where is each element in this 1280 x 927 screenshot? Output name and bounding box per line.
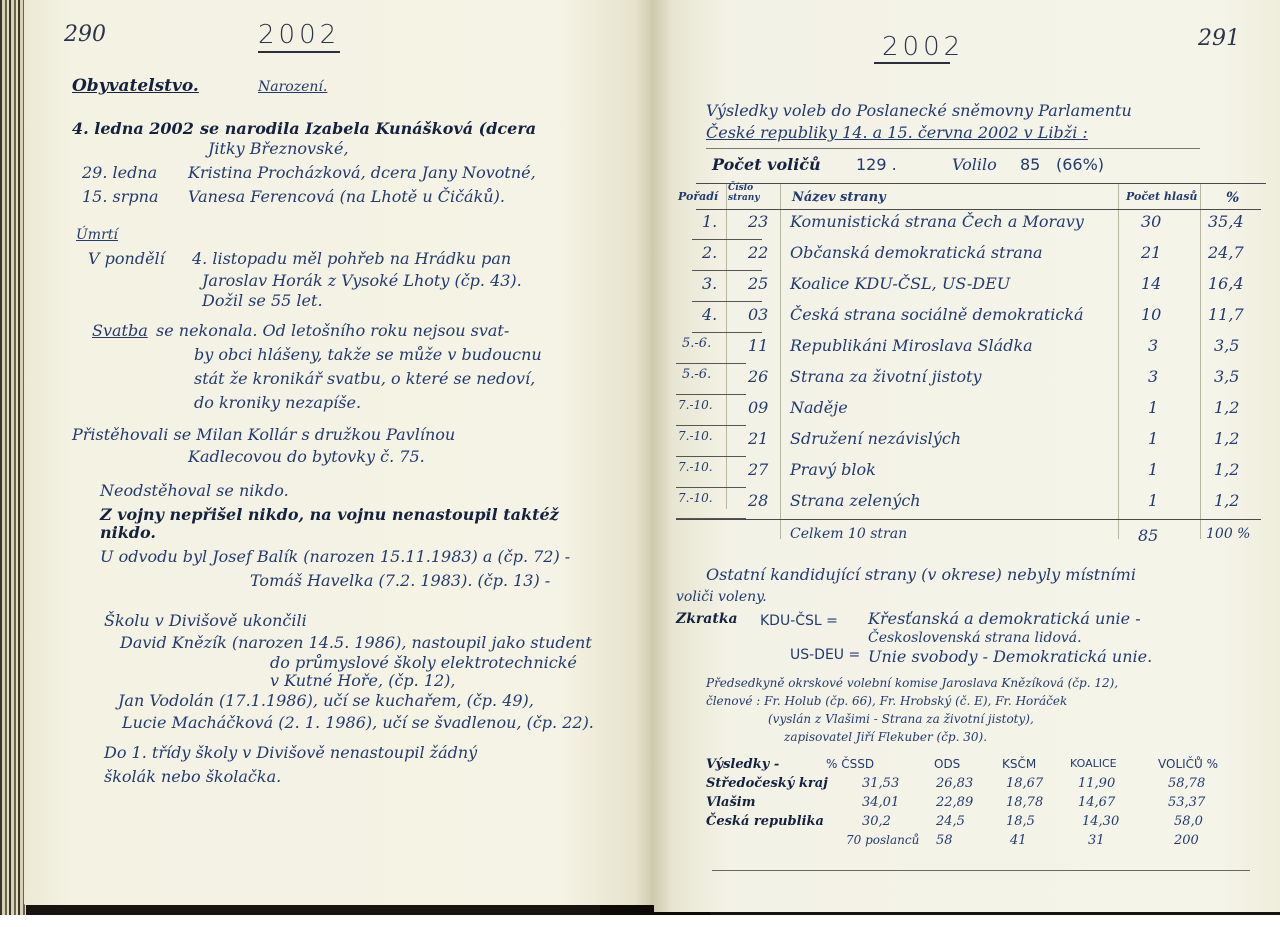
table-header-row: Pořadí Číslo strany Název strany Počet h…: [676, 183, 1261, 209]
rank: 4.: [702, 305, 717, 324]
value: 14,30: [1082, 814, 1119, 829]
draft-line-2: Tomáš Havelka (7.2. 1983). (čp. 13) -: [250, 570, 550, 592]
value: 26,83: [936, 776, 973, 791]
births-heading: Narození.: [258, 76, 327, 98]
regional-results-summary: Výsledky - % ČSSD ODS KSČM KOALICE VOLIČ…: [706, 757, 1226, 852]
moved-in-line-2: Kadlecovou do bytovky č. 75.: [188, 446, 425, 468]
bottom-rule: [712, 870, 1250, 871]
death-lead: V pondělí: [88, 248, 165, 270]
value: 18,78: [1006, 795, 1043, 810]
wedding-line-2: by obci hlášeny, takže se může v budoucn…: [194, 344, 542, 366]
book-page-edges: [0, 0, 26, 915]
header-votes: Počet hlasů: [1126, 190, 1197, 203]
percent: 16,4: [1208, 274, 1244, 293]
party-name: Strana za životní jistoty: [790, 367, 982, 386]
summary-seats-row: 70 poslanců 58 41 31 200: [706, 833, 1226, 852]
seats-value: 200: [1174, 833, 1199, 848]
total-votes: 85: [1138, 526, 1158, 545]
party-number: 11: [748, 336, 768, 355]
party-number: 27: [748, 460, 768, 479]
party-number: 21: [748, 429, 768, 448]
col-ods: ODS: [934, 757, 960, 771]
col-koalice: KOALICE: [1070, 757, 1117, 770]
birth-entry-2-date: 29. ledna: [82, 162, 157, 184]
total-label: Celkem 10 stran: [790, 526, 907, 542]
votes: 21: [1141, 243, 1161, 262]
graduate-line-5: Lucie Macháčková (2. 1. 1986), učí se šv…: [122, 712, 594, 734]
header-percent: %: [1226, 190, 1239, 206]
commission-line-2: členové : Fr. Holub (čp. 66), Fr. Hrobsk…: [706, 694, 1067, 708]
table-row: 7.-10.09Naděje11,2: [676, 395, 1261, 426]
value: 53,37: [1168, 795, 1205, 810]
title-rule: [706, 148, 1200, 149]
first-grade-line-1: Do 1. třídy školy v Divišově nenastoupil…: [104, 742, 477, 764]
school-heading: Školu v Divišově ukončili: [104, 610, 307, 632]
birth-entry-2: Kristina Procházková, dcera Jany Novotné…: [188, 162, 536, 184]
percent: 1,2: [1214, 398, 1239, 417]
col-cssd: % ČSSD: [826, 757, 874, 771]
death-line-1: 4. listopadu měl pohřeb na Hrádku pan: [192, 248, 511, 270]
header-rank: Pořadí: [678, 190, 718, 203]
table-row: 5.-6.11Republikáni Miroslava Sládka33,5: [676, 333, 1261, 364]
wedding-line-1: se nekonala. Od letošního roku nejsou sv…: [156, 320, 509, 342]
party-name: Sdružení nezávislých: [790, 429, 961, 448]
party-number: 23: [748, 212, 768, 231]
percent: 3,5: [1214, 367, 1239, 386]
death-line-2: Jaroslav Horák z Vysoké Lhoty (čp. 43).: [202, 270, 522, 292]
rank: 2.: [702, 243, 717, 262]
rank: 5.-6.: [682, 367, 711, 382]
percent: 1,2: [1214, 460, 1239, 479]
rank: 3.: [702, 274, 717, 293]
voters-count: 129 .: [856, 154, 897, 176]
value: 34,01: [862, 795, 899, 810]
wedding-line-3: stát že kronikář svatbu, o které se nedo…: [194, 368, 535, 390]
value: 22,89: [936, 795, 973, 810]
votes: 3: [1148, 336, 1158, 355]
birth-entry-1-cont: Jitky Březnovské,: [208, 138, 349, 160]
year-heading-left: 2002: [258, 20, 340, 50]
summary-row: Středočeský kraj 31,53 26,83 18,67 11,90…: [706, 776, 1226, 795]
value: 14,67: [1078, 795, 1115, 810]
table-row: 5.-6.26Strana za životní jistoty33,5: [676, 364, 1261, 395]
summary-row: Vlašim 34,01 22,89 18,78 14,67 53,37: [706, 795, 1226, 814]
party-name: Koalice KDU-ČSL, US-DEU: [790, 274, 1010, 293]
rank: 7.-10.: [678, 429, 713, 443]
party-number: 25: [748, 274, 768, 293]
graduate-line-1: David Knězík (narozen 14.5. 1986), nasto…: [120, 632, 592, 654]
table-row: 7.-10.21Sdružení nezávislých11,2: [676, 426, 1261, 457]
death-line-3: Dožil se 55 let.: [202, 290, 323, 312]
election-results-table: Pořadí Číslo strany Název strany Počet h…: [676, 183, 1261, 554]
seats-value: 58: [936, 833, 953, 848]
header-party-number: Číslo strany: [728, 183, 772, 203]
summary-header-row: Výsledky - % ČSSD ODS KSČM KOALICE VOLIČ…: [706, 757, 1226, 776]
votes: 14: [1141, 274, 1161, 293]
military-line-1: Z vojny nepřišel nikdo, na vojnu nenasto…: [100, 504, 559, 526]
voted-label: Volilo: [952, 154, 997, 176]
moved-out-line: Neodstěhoval se nikdo.: [100, 480, 289, 502]
moved-in-line-1: Přistěhovali se Milan Kollár s družkou P…: [72, 424, 455, 446]
year-heading-right: 2002: [882, 32, 964, 62]
year-underline-right: [874, 62, 950, 64]
abbrev-2-meaning: Unie svobody - Demokratická unie.: [868, 646, 1152, 668]
header-party-name: Název strany: [792, 190, 886, 205]
rank: 1.: [702, 212, 717, 231]
rank: 7.-10.: [678, 398, 713, 412]
table-row: 7.-10.28Strana zelených11,2: [676, 488, 1261, 519]
party-name: Naděje: [790, 398, 848, 417]
percent: 35,4: [1208, 212, 1244, 231]
percent: 1,2: [1214, 429, 1239, 448]
value: 18,5: [1006, 814, 1035, 829]
draft-line-1: U odvodu byl Josef Balík (narozen 15.11.…: [100, 546, 570, 568]
section-title-population: Obyvatelstvo.: [72, 76, 199, 96]
rank: 7.-10.: [678, 491, 713, 505]
voters-label: Počet voličů: [712, 154, 821, 176]
election-title-line-1: Výsledky voleb do Poslanecké sněmovny Pa…: [706, 100, 1132, 122]
col-kscm: KSČM: [1002, 757, 1036, 771]
value: 30,2: [862, 814, 891, 829]
region-label: Středočeský kraj: [706, 776, 828, 791]
region-label: Vlašim: [706, 795, 755, 810]
party-number: 22: [748, 243, 768, 262]
rank: 5.-6.: [682, 336, 711, 351]
col-voters: VOLIČŮ %: [1158, 757, 1218, 771]
notes-line-2: voliči voleny.: [676, 586, 767, 608]
rank: 7.-10.: [678, 460, 713, 474]
region-label: Česká republika: [706, 814, 824, 829]
votes: 10: [1141, 305, 1161, 324]
table-row: 2.22Občanská demokratická strana2124,7: [676, 240, 1261, 271]
seats-value: 31: [1088, 833, 1105, 848]
value: 24,5: [936, 814, 965, 829]
votes: 1: [1148, 429, 1158, 448]
value: 58,78: [1168, 776, 1205, 791]
birth-entry-3-date: 15. srpna: [82, 186, 158, 208]
military-line-2: nikdo.: [100, 522, 156, 544]
birth-entry-1-date: 4. ledna 2002: [72, 118, 194, 140]
percent: 24,7: [1208, 243, 1244, 262]
graduate-line-4: Jan Vodolán (17.1.1986), učí se kuchařem…: [118, 690, 534, 712]
seats-value: 41: [1010, 833, 1027, 848]
notes-line-1: Ostatní kandidující strany (v okrese) ne…: [706, 564, 1136, 586]
commission-line-3: (vyslán z Vlašimi - Strana za životní ji…: [768, 712, 1034, 726]
value: 31,53: [862, 776, 899, 791]
election-title-line-2: České republiky 14. a 15. června 2002 v …: [706, 122, 1088, 144]
party-name: Pravý blok: [790, 460, 876, 479]
birth-entry-3: Vanesa Ferencová (na Lhotě u Čičáků).: [188, 186, 505, 208]
table-row: 3.25Koalice KDU-ČSL, US-DEU1416,4: [676, 271, 1261, 302]
party-name: Česká strana sociálně demokratická: [790, 305, 1084, 324]
abbrev-label: Zkratka: [676, 608, 738, 630]
votes: 1: [1148, 491, 1158, 510]
value: 18,67: [1006, 776, 1043, 791]
votes: 30: [1141, 212, 1161, 231]
year-underline-left: [258, 51, 340, 53]
party-name: Republikáni Miroslava Sládka: [790, 336, 1033, 355]
total-percent: 100 %: [1206, 526, 1250, 542]
percent: 1,2: [1214, 491, 1239, 510]
summary-heading: Výsledky -: [706, 757, 779, 772]
summary-row: Česká republika 30,2 24,5 18,5 14,30 58,…: [706, 814, 1226, 833]
birth-entry-1: se narodila Izabela Kunášková (dcera: [200, 118, 536, 140]
page-number-right: 291: [1198, 26, 1240, 51]
party-name: Strana zelených: [790, 491, 921, 510]
percent: 3,5: [1214, 336, 1239, 355]
wedding-line-4: do kroniky nezapíše.: [194, 392, 361, 414]
table-row: 1.23Komunistická strana Čech a Moravy303…: [676, 209, 1261, 240]
voted-count: 85: [1020, 154, 1040, 176]
seats-label: 70 poslanců: [846, 833, 919, 847]
percent: 11,7: [1208, 305, 1244, 324]
party-name: Občanská demokratická strana: [790, 243, 1043, 262]
votes: 1: [1148, 460, 1158, 479]
value: 11,90: [1078, 776, 1115, 791]
graduate-line-3: v Kutné Hoře, (čp. 12),: [270, 670, 456, 692]
votes: 3: [1148, 367, 1158, 386]
voted-percent: (66%): [1056, 154, 1104, 176]
commission-line-4: zapisovatel Jiří Flekuber (čp. 30).: [784, 730, 987, 744]
abbrev-1: KDU-ČSL =: [760, 610, 838, 632]
abbrev-2: US-DEU =: [790, 644, 860, 666]
table-row: 7.-10.27Pravý blok11,2: [676, 457, 1261, 488]
party-name: Komunistická strana Čech a Moravy: [790, 212, 1084, 231]
party-number: 28: [748, 491, 768, 510]
table-total-row: Celkem 10 stran85100 %: [676, 523, 1261, 554]
page-number-left: 290: [64, 22, 106, 47]
party-number: 09: [748, 398, 768, 417]
deaths-heading: Úmrtí: [76, 224, 118, 246]
party-number: 03: [748, 305, 768, 324]
wedding-lead: Svatba: [92, 320, 148, 342]
first-grade-line-2: školák nebo školačka.: [104, 766, 281, 788]
commission-line-1: Předsedkyně okrskové volební komise Jaro…: [706, 676, 1118, 690]
votes: 1: [1148, 398, 1158, 417]
party-number: 26: [748, 367, 768, 386]
total-rule: [676, 519, 1261, 520]
table-row: 4.03Česká strana sociálně demokratická10…: [676, 302, 1261, 333]
value: 58,0: [1174, 814, 1203, 829]
